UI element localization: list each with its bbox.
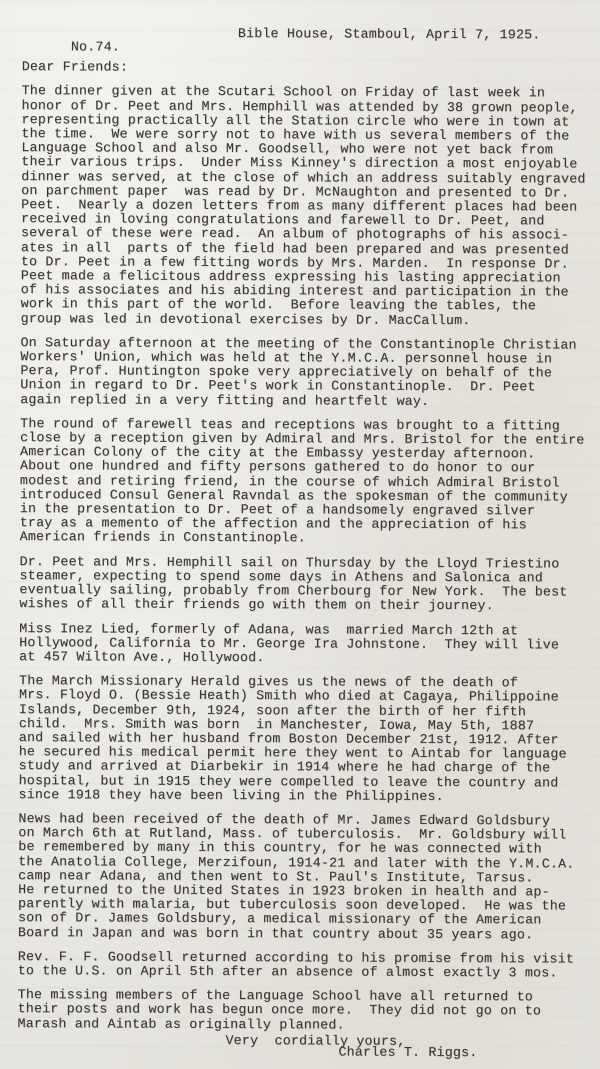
paragraph: Miss Inez Lied, formerly of Adana, was m… bbox=[19, 622, 583, 667]
signature: Charles T. Riggs. bbox=[338, 1045, 581, 1060]
letter-header: No.74. Bible House, Stamboul, April 7, 1… bbox=[22, 26, 586, 43]
letter-page: No.74. Bible House, Stamboul, April 7, 1… bbox=[0, 0, 600, 1069]
letter-number: No.74. bbox=[71, 40, 120, 55]
paragraph: The missing members of the Language Scho… bbox=[18, 988, 582, 1033]
paragraph: Rev. F. F. Goodsell returned according t… bbox=[18, 950, 582, 981]
paragraph: News had been received of the death of M… bbox=[18, 812, 583, 942]
salutation: Dear Friends: bbox=[22, 60, 586, 77]
letter-content: No.74. Bible House, Stamboul, April 7, 1… bbox=[0, 0, 600, 1061]
letter-dateline: Bible House, Stamboul, April 7, 1925. bbox=[238, 27, 541, 43]
paragraph: The March Missionary Herald gives us the… bbox=[19, 674, 584, 804]
letter-body: The dinner given at the Scutari School o… bbox=[18, 84, 586, 1033]
paragraph: The round of farewell teas and reception… bbox=[20, 417, 585, 547]
paragraph: Dr. Peet and Mrs. Hemphill sail on Thurs… bbox=[19, 555, 583, 614]
paragraph: On Saturday afternoon at the meeting of … bbox=[20, 336, 584, 409]
paragraph: The dinner given at the Scutari School o… bbox=[21, 84, 586, 328]
